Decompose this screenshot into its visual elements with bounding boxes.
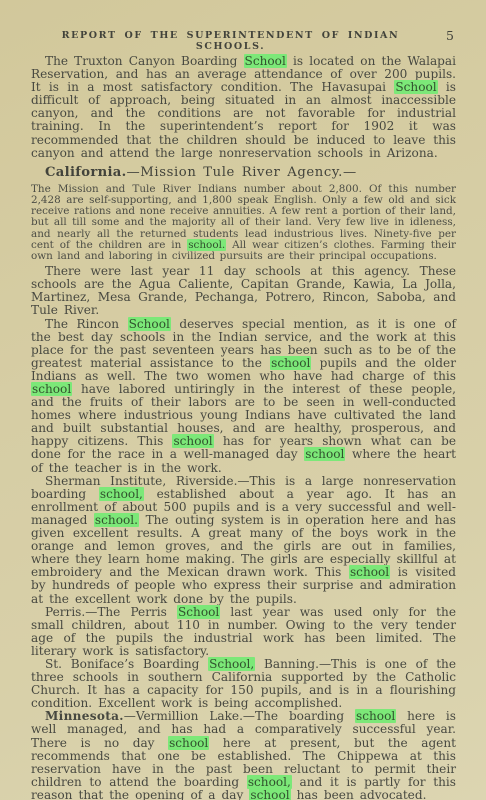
- search-term-highlight: School: [244, 54, 287, 68]
- search-term-highlight: school: [349, 565, 390, 579]
- search-term-highlight: school: [270, 356, 311, 370]
- paragraph-sherman-institute: Sherman Institute, Riverside.—This is a …: [31, 475, 456, 606]
- paragraph-truxton-canyon: The Truxton Canyon Boarding School is lo…: [31, 55, 456, 160]
- search-term-highlight: School: [128, 317, 171, 331]
- paragraph-day-schools-list: There were last year 11 day schools at t…: [31, 265, 456, 317]
- paragraph-mission-tule-fine-print: The Mission and Tule River Indians numbe…: [31, 184, 456, 262]
- search-term-highlight: school,: [247, 775, 292, 789]
- running-header-title: REPORT OF THE SUPERINTENDENT OF INDIAN S…: [31, 30, 456, 52]
- search-term-highlight: school.: [94, 513, 139, 527]
- bold-lead-word: Minnesota.: [45, 709, 124, 723]
- page-number: 5: [446, 28, 454, 43]
- search-term-highlight: school: [249, 788, 290, 800]
- paragraph-minnesota-vermillion-lake: Minnesota.—Vermillion Lake.—The boarding…: [31, 710, 456, 800]
- search-term-highlight: school: [304, 447, 345, 461]
- search-term-highlight: school: [168, 736, 209, 750]
- paragraph-st-boniface: St. Boniface’s Boarding School, Banning.…: [31, 658, 456, 710]
- section-heading-california: California.—Mission Tule River Agency.—: [31, 165, 456, 180]
- paragraph-rincon-school: The Rincon School deserves special menti…: [31, 318, 456, 475]
- search-term-highlight: school: [355, 709, 396, 723]
- search-term-highlight: school: [31, 382, 72, 396]
- search-term-highlight: school,: [99, 487, 144, 501]
- paragraph-perris: Perris.—The Perris School last year was …: [31, 606, 456, 658]
- search-term-highlight: School: [177, 605, 220, 619]
- search-term-highlight: School,: [208, 657, 255, 671]
- page-header: REPORT OF THE SUPERINTENDENT OF INDIAN S…: [31, 30, 456, 46]
- search-term-highlight: school: [172, 434, 213, 448]
- bold-lead-word: California.: [45, 165, 127, 180]
- search-term-highlight: School: [394, 80, 437, 94]
- scanned-document-page: REPORT OF THE SUPERINTENDENT OF INDIAN S…: [0, 0, 486, 800]
- search-term-highlight: school.: [187, 239, 226, 251]
